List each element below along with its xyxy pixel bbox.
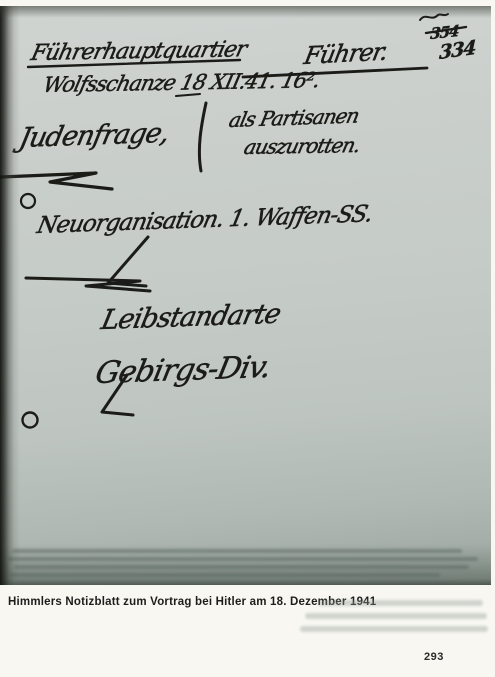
handwritten-auszurotten: auszurotten.	[242, 133, 363, 159]
handwriting-layer: Führerhauptquartier Führer. Wolfsschanze…	[0, 6, 491, 585]
handwritten-fuhrer: Führer.	[301, 37, 390, 70]
divider-stroke	[199, 103, 206, 171]
handwritten-judenfrage: Judenfrage,	[12, 118, 172, 154]
notepad-photo: Führerhauptquartier Führer. Wolfsschanze…	[0, 6, 491, 585]
bleedthrough-line	[10, 573, 440, 577]
handwritten-leibstandarte: Leibstandarte	[98, 299, 283, 336]
page-number: 293	[424, 651, 444, 663]
hole-punch-circle	[23, 413, 38, 428]
handwritten-line-wolfsschanze-date: Wolfsschanze 18 XII.41. 16².	[41, 68, 322, 98]
corner-page-number: 334	[439, 36, 477, 64]
bleedthrough-line	[8, 557, 478, 561]
photo-top-edge	[0, 6, 491, 18]
descender-flourish	[108, 237, 148, 286]
book-gutter-shadow	[0, 6, 20, 585]
bleedthrough-line	[305, 613, 487, 619]
hole-punch-circle	[21, 194, 35, 208]
bleedthrough-line	[14, 565, 469, 569]
bleedthrough-line	[318, 600, 483, 606]
handwritten-als-partisanen: als Partisanen	[227, 104, 361, 132]
handwritten-neuorganisation: Neuorganisation. 1. Waffen-SS.	[34, 199, 375, 239]
bleedthrough-line	[300, 626, 488, 632]
bleedthrough-line	[12, 549, 462, 553]
